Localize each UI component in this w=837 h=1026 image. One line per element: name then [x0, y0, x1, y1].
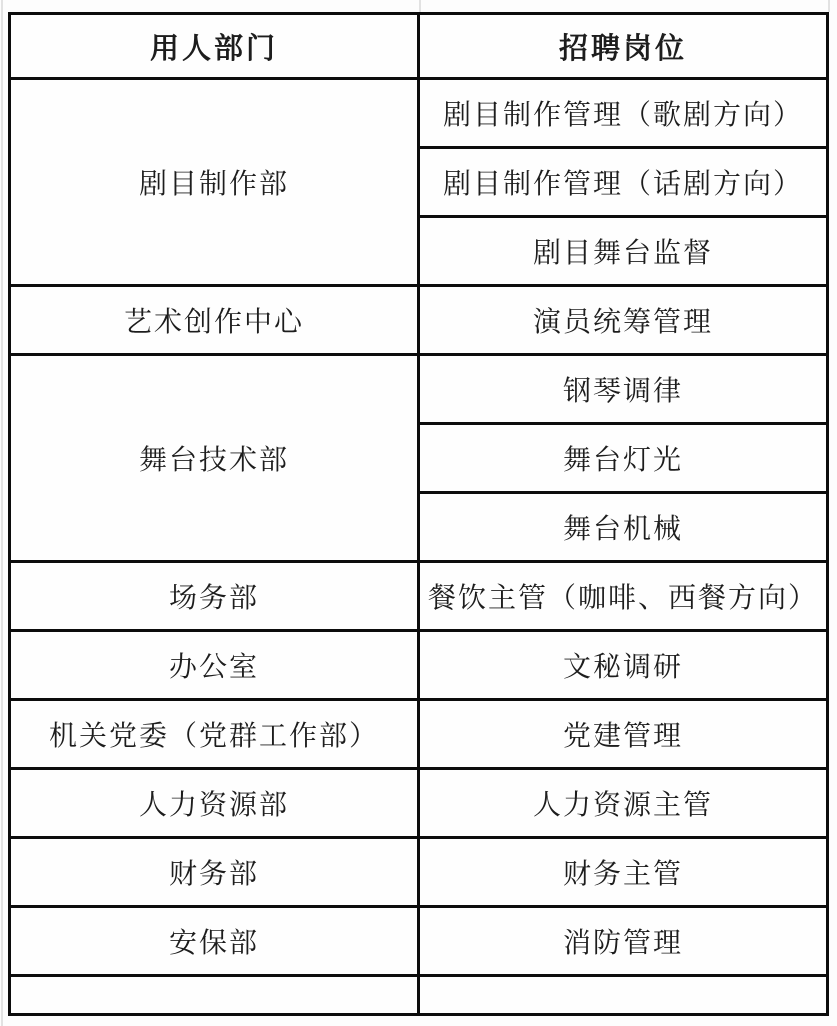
department-cell: 办公室	[10, 631, 419, 700]
table-row: 安保部消防管理	[10, 907, 828, 976]
header-position: 招聘岗位	[419, 14, 828, 79]
position-cell: 人力资源主管	[419, 769, 828, 838]
table-row: 艺术创作中心演员统筹管理	[10, 286, 828, 355]
department-cell: 场务部	[10, 562, 419, 631]
header-department: 用人部门	[10, 14, 419, 79]
table-row: 办公室文秘调研	[10, 631, 828, 700]
table-row: 机关党委（党群工作部）党建管理	[10, 700, 828, 769]
position-cell: 党建管理	[419, 700, 828, 769]
position-cell: 演员统筹管理	[419, 286, 828, 355]
partial-bottom-row	[10, 976, 828, 1015]
table-row: 财务部财务主管	[10, 838, 828, 907]
position-cell	[419, 976, 828, 1015]
position-cell: 剧目制作管理（话剧方向）	[419, 148, 828, 217]
position-cell: 剧目舞台监督	[419, 217, 828, 286]
department-cell: 舞台技术部	[10, 355, 419, 562]
position-cell: 剧目制作管理（歌剧方向）	[419, 79, 828, 148]
position-cell: 舞台机械	[419, 493, 828, 562]
scan-line-left-edge	[1, 0, 3, 1026]
page: { "table": { "headers": ["用人部门", "招聘岗位"]…	[0, 0, 837, 1026]
department-cell: 剧目制作部	[10, 79, 419, 286]
header-row: 用人部门 招聘岗位	[10, 14, 828, 79]
department-cell	[10, 976, 419, 1015]
position-cell: 财务主管	[419, 838, 828, 907]
department-cell: 人力资源部	[10, 769, 419, 838]
position-cell: 文秘调研	[419, 631, 828, 700]
department-cell: 财务部	[10, 838, 419, 907]
scan-line-top-column-divider	[419, 0, 421, 12]
table-row: 剧目制作部剧目制作管理（歌剧方向）	[10, 79, 828, 148]
department-cell: 机关党委（党群工作部）	[10, 700, 419, 769]
table-row: 场务部餐饮主管（咖啡、西餐方向）	[10, 562, 828, 631]
scan-line-top-right-edge	[828, 0, 830, 12]
position-cell: 消防管理	[419, 907, 828, 976]
table-row: 舞台技术部钢琴调律	[10, 355, 828, 424]
department-cell: 安保部	[10, 907, 419, 976]
table-row: 人力资源部人力资源主管	[10, 769, 828, 838]
recruitment-table: 用人部门 招聘岗位 剧目制作部剧目制作管理（歌剧方向）剧目制作管理（话剧方向）剧…	[8, 12, 829, 1016]
position-cell: 餐饮主管（咖啡、西餐方向）	[419, 562, 828, 631]
position-cell: 舞台灯光	[419, 424, 828, 493]
department-cell: 艺术创作中心	[10, 286, 419, 355]
table-body: 剧目制作部剧目制作管理（歌剧方向）剧目制作管理（话剧方向）剧目舞台监督艺术创作中…	[10, 79, 828, 1015]
position-cell: 钢琴调律	[419, 355, 828, 424]
